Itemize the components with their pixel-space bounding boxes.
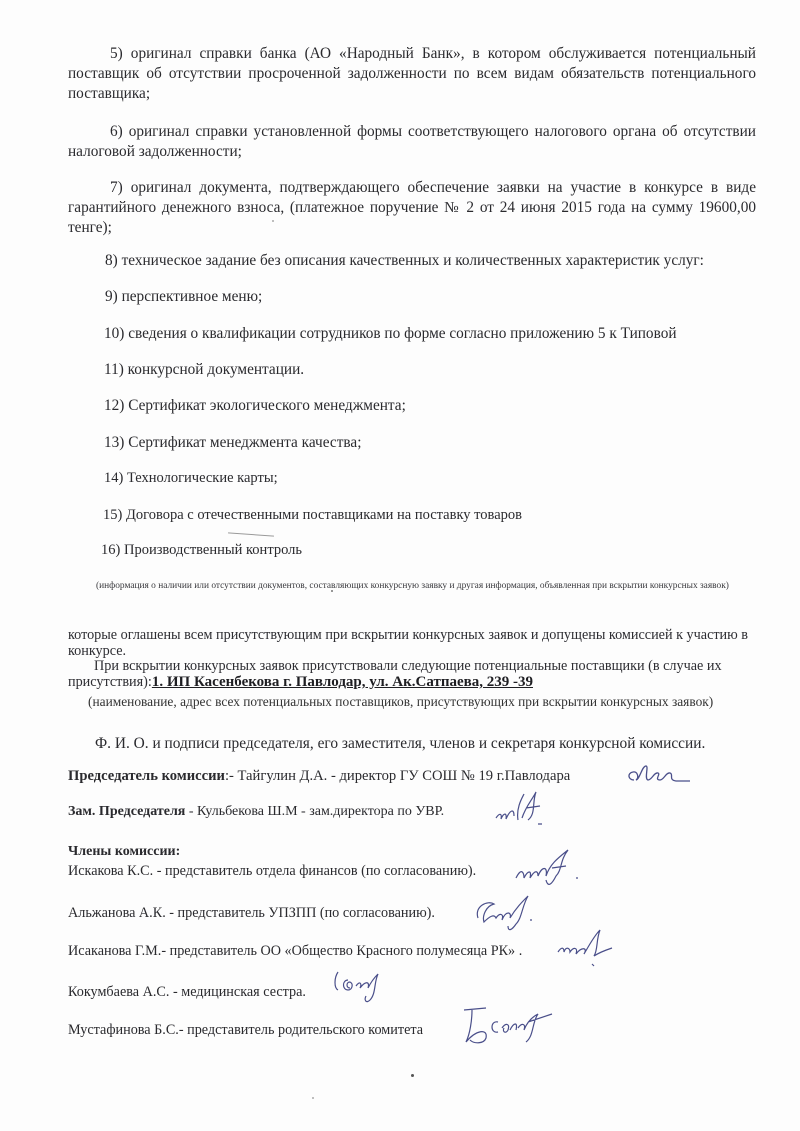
item-number: 8) — [105, 252, 118, 269]
item-number: 16) — [101, 542, 120, 558]
chairman-label: Председатель комиссии — [68, 768, 225, 784]
member-4-signature-icon — [332, 968, 384, 1008]
list-item-10: 10) сведения о квалификации сотрудников … — [104, 324, 677, 344]
scanned-document-page: 5) оригинал справки банка (АО «Народный … — [0, 0, 800, 1131]
scan-speck — [411, 1074, 414, 1077]
list-item-5: 5) оригинал справки банка (АО «Народный … — [68, 44, 756, 104]
info-note: (информация о наличии или отсутствии док… — [68, 580, 758, 592]
item-text: сведения о квалификации сотрудников по ф… — [128, 325, 676, 342]
signatures-heading: Ф. И. О. и подписи председателя, его зам… — [95, 734, 705, 754]
item-text: Сертификат экологического менеджмента; — [128, 397, 406, 414]
item-text: Сертификат менеджмента качества; — [128, 434, 361, 451]
item-number: 9) — [105, 288, 118, 305]
item-text: оригинал справки установленной формы соо… — [68, 123, 756, 160]
member-line-4: Кокумбаева А.С. - медицинская сестра. — [68, 983, 306, 1001]
deputy-text: - Кульбекова Ш.М - зам.директора по УВР. — [185, 804, 444, 819]
presence-paragraph: При вскрытии конкурсных заявок присутств… — [68, 658, 758, 690]
scan-speck — [312, 1097, 314, 1099]
scan-speck — [331, 590, 333, 592]
list-item-14: 14) Технологические карты; — [104, 468, 278, 488]
supplier-caption: (наименование, адрес всех потенциальных … — [88, 694, 713, 710]
member-2-signature-icon — [470, 888, 540, 938]
item-number: 12) — [104, 397, 124, 414]
chairman-signature-icon — [624, 762, 694, 788]
pen-stroke-decoration — [228, 532, 274, 536]
member-5-signature-icon — [458, 1000, 554, 1052]
scan-speck — [272, 220, 274, 222]
deputy-signature-icon — [492, 786, 552, 830]
item-number: 10) — [104, 325, 124, 342]
item-number: 13) — [104, 434, 124, 451]
announced-paragraph: которые оглашены всем присутствующим при… — [68, 627, 748, 659]
deputy-label: Зам. Председателя — [68, 804, 185, 819]
item-number: 15) — [103, 507, 122, 523]
member-line-1: Искакова К.С. - представитель отдела фин… — [68, 862, 476, 880]
list-item-8: 8) техническое задание без описания каче… — [105, 251, 704, 271]
member-line-5: Мустафинова Б.С.- представитель родитель… — [68, 1021, 423, 1039]
item-number: 6) — [94, 123, 123, 140]
list-item-9: 9) перспективное меню; — [105, 287, 262, 307]
item-text: Производственный контроль — [124, 542, 302, 558]
chairman-line: Председатель комиссии:- Тайгулин Д.А. - … — [68, 767, 570, 785]
chairman-text: :- Тайгулин Д.А. - директор ГУ СОШ № 19 … — [225, 768, 570, 784]
item-text: Технологические карты; — [127, 470, 278, 486]
list-item-6: 6) оригинал справки установленной формы … — [68, 122, 756, 162]
item-text: техническое задание без описания качеств… — [122, 252, 704, 269]
supplier-entry: 1. ИП Касенбекова г. Павлодар, ул. Ак.Са… — [152, 674, 533, 690]
list-item-15: 15) Договора с отечественными поставщика… — [103, 505, 522, 525]
item-number: 11) — [104, 361, 124, 378]
list-item-7: 7) оригинал документа, подтверждающего о… — [68, 178, 756, 238]
member-line-2: Альжанова А.К. - представитель УПЗПП (по… — [68, 904, 435, 922]
list-item-16: 16) Производственный контроль — [101, 540, 302, 560]
item-text: Договора с отечественными поставщиками н… — [126, 507, 522, 523]
item-number: 14) — [104, 470, 123, 486]
member-line-3: Исаканова Г.М.- представитель ОО «Общест… — [68, 942, 522, 960]
list-item-11: 11) конкурсной документации. — [104, 360, 304, 380]
list-item-13: 13) Сертификат менеджмента качества; — [104, 433, 361, 453]
item-text: оригинал документа, подтверждающего обес… — [68, 179, 756, 236]
list-item-12: 12) Сертификат экологического менеджмент… — [104, 396, 406, 416]
member-1-signature-icon — [512, 844, 582, 894]
item-text: перспективное меню; — [122, 288, 263, 305]
member-3-signature-icon — [554, 926, 616, 970]
item-number: 5) — [94, 45, 123, 62]
info-note-text: (информация о наличии или отсутствии док… — [68, 581, 729, 591]
item-number: 7) — [94, 179, 123, 196]
item-text: оригинал справки банка (АО «Народный Бан… — [68, 45, 756, 102]
item-text: конкурсной документации. — [128, 361, 304, 378]
members-heading: Члены комиссии: — [68, 843, 180, 861]
deputy-line: Зам. Председателя - Кульбекова Ш.М - зам… — [68, 803, 444, 821]
